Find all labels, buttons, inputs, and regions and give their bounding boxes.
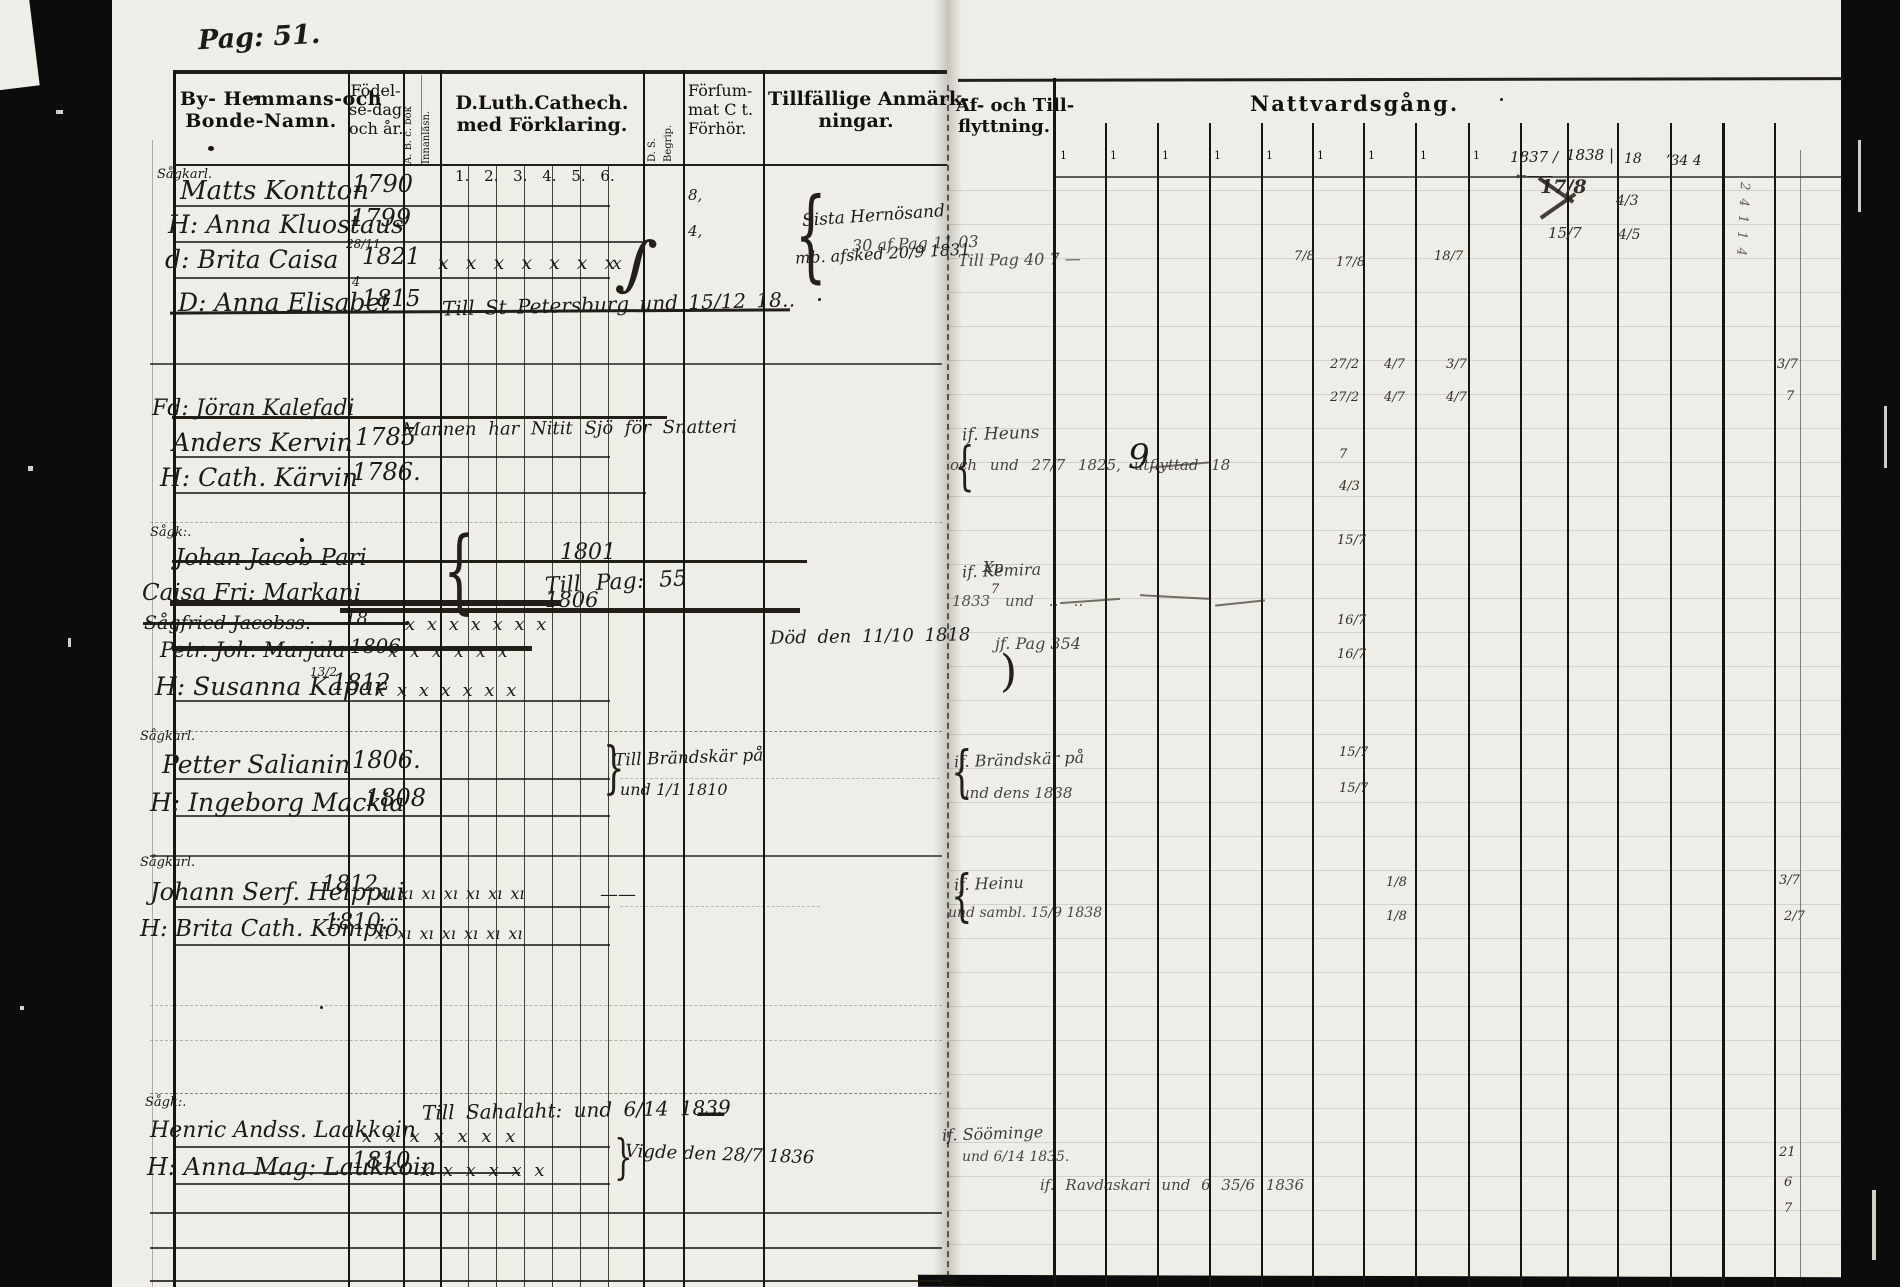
entry-name: Anders Kervin [172,430,353,455]
entry-name-struck: Johan Jacob Pari [175,547,367,570]
moved-note: und 1/1 1810 [620,782,728,798]
communion-row-lines [947,190,1843,1277]
entry-name: D: Anna Elisabet [178,290,390,315]
header-innanlasn-col: Innanläsn. [422,78,432,164]
catechism-marks: xı xı xı xı xı xı xı [377,886,525,902]
occupation-label: Sågkarl. [140,730,195,743]
entry-birth: 1785 [355,425,416,449]
entry-name-struck: Sågfried Jacobss. [144,614,311,633]
entry-birth: 1821 [362,246,421,269]
entry-birth: 18‥ [345,610,380,628]
entry-birth: 1799 [350,206,411,230]
entry-name-struck: Petr. Joh. Marjala [160,640,345,661]
header-abc-col: A. B. c. bok [404,78,414,164]
header-missed-col: Förſum-mat C t.Förhör. [688,82,753,139]
header-birth-col: Födel-se-dagoch år. [349,82,402,139]
catechism-marks: x x x x x x x [375,682,516,700]
header-migration-col: Af- och Till-flyttning. [956,95,1052,137]
catechism-subcolumn-numbers: 1. 2. 3. 4. 5. 6. [455,168,615,186]
occupation-label: Sågkarl. [140,856,195,869]
header-name-col: By- Hemmans-ochBonde-Namn. [180,88,342,133]
entry-name-struck: Fd: Jöran Kalefadi [152,398,355,420]
header-grade-col-ds: D. S. [648,82,658,162]
entry-name: Petter Salianin [162,752,350,777]
migration-note: if. Ravdaskari und 6 35/6 1836 [1040,1178,1304,1193]
migration-note: und 6/14 1835. [962,1150,1069,1164]
header-remarks-col: Tillfällige Anmärk-ningar. [768,88,944,133]
entry-name: d: Brita Caisa [165,247,338,272]
entry-name: Matts Kontton [180,178,369,204]
moved-note: Till Brändskär på [614,747,764,769]
entry-birth: 1812 [322,874,378,896]
header-communion-col: Nattvardsgång. [1250,92,1459,117]
page-reference-note: Till Pag: 55 [545,568,688,597]
occupation-label: Sågk:. [150,526,191,539]
entry-birth: 1786. [352,460,421,484]
entry-name-struck: Caisa Fri: Markani [142,582,361,605]
entry-birth: 1806. [352,748,421,772]
remark-dash: —— [600,886,636,904]
entry-birth: 1808 [365,786,426,810]
occupation-label: Sågk:. [145,1096,186,1109]
missed-exam-mark: 8, [688,188,702,203]
entry-birth: 1790 [352,172,413,196]
catechism-marks: x x x x x x [388,644,508,661]
header-grade-col-begrip: Begrip. [664,82,674,162]
marriage-note: Vigde den 28/7 1836 [625,1143,815,1168]
death-note: Död den 11/10 1818 [770,626,971,647]
migration-note: if. Brändskär på [954,750,1085,771]
migration-note: Till Pag 40 7 — [958,251,1081,269]
migration-note: und dens 1838 [960,786,1072,801]
header-catechism-col: D.Luth.Cathech.med Förklaring. [444,92,640,137]
left-scan-band [0,0,112,1287]
entry-birth: 1815 [362,288,421,311]
entry-birth-fraction: 4 [352,276,360,289]
entry-birth: 1810 [352,1150,411,1173]
catechism-marks: x x x x x x x [362,1128,515,1146]
entry-birth: 1801 [560,542,616,564]
page-number: Pag: 51. [197,21,321,54]
catechism-marks: x x x x x x x [438,254,615,273]
entry-name: H: Cath. Kärvin [160,465,358,490]
migration-note: och und 27/7 1825, utflyttad 18 [950,458,1230,473]
migration-note: if. Sööminge [942,1124,1044,1144]
right-scan-band [1841,0,1900,1287]
migration-note-large-digit: 9 [1128,440,1150,474]
catechism-marks: x x x x x x x [405,616,546,634]
remark-note: Mannen har Nitit Sjö för Snatteri [402,419,737,440]
missed-exam-mark: 4, [688,224,702,239]
catechism-marks: xı xı xı xı xı xı xı [375,926,523,942]
moved-note: Till Sahalaht: und 6/14 1839 [422,1097,731,1122]
scanned-parish-register-page: Pag: 51. [0,0,1900,1287]
moved-note-dash: — [696,1098,726,1128]
catechism-marks: x x x x x x [420,1162,545,1180]
